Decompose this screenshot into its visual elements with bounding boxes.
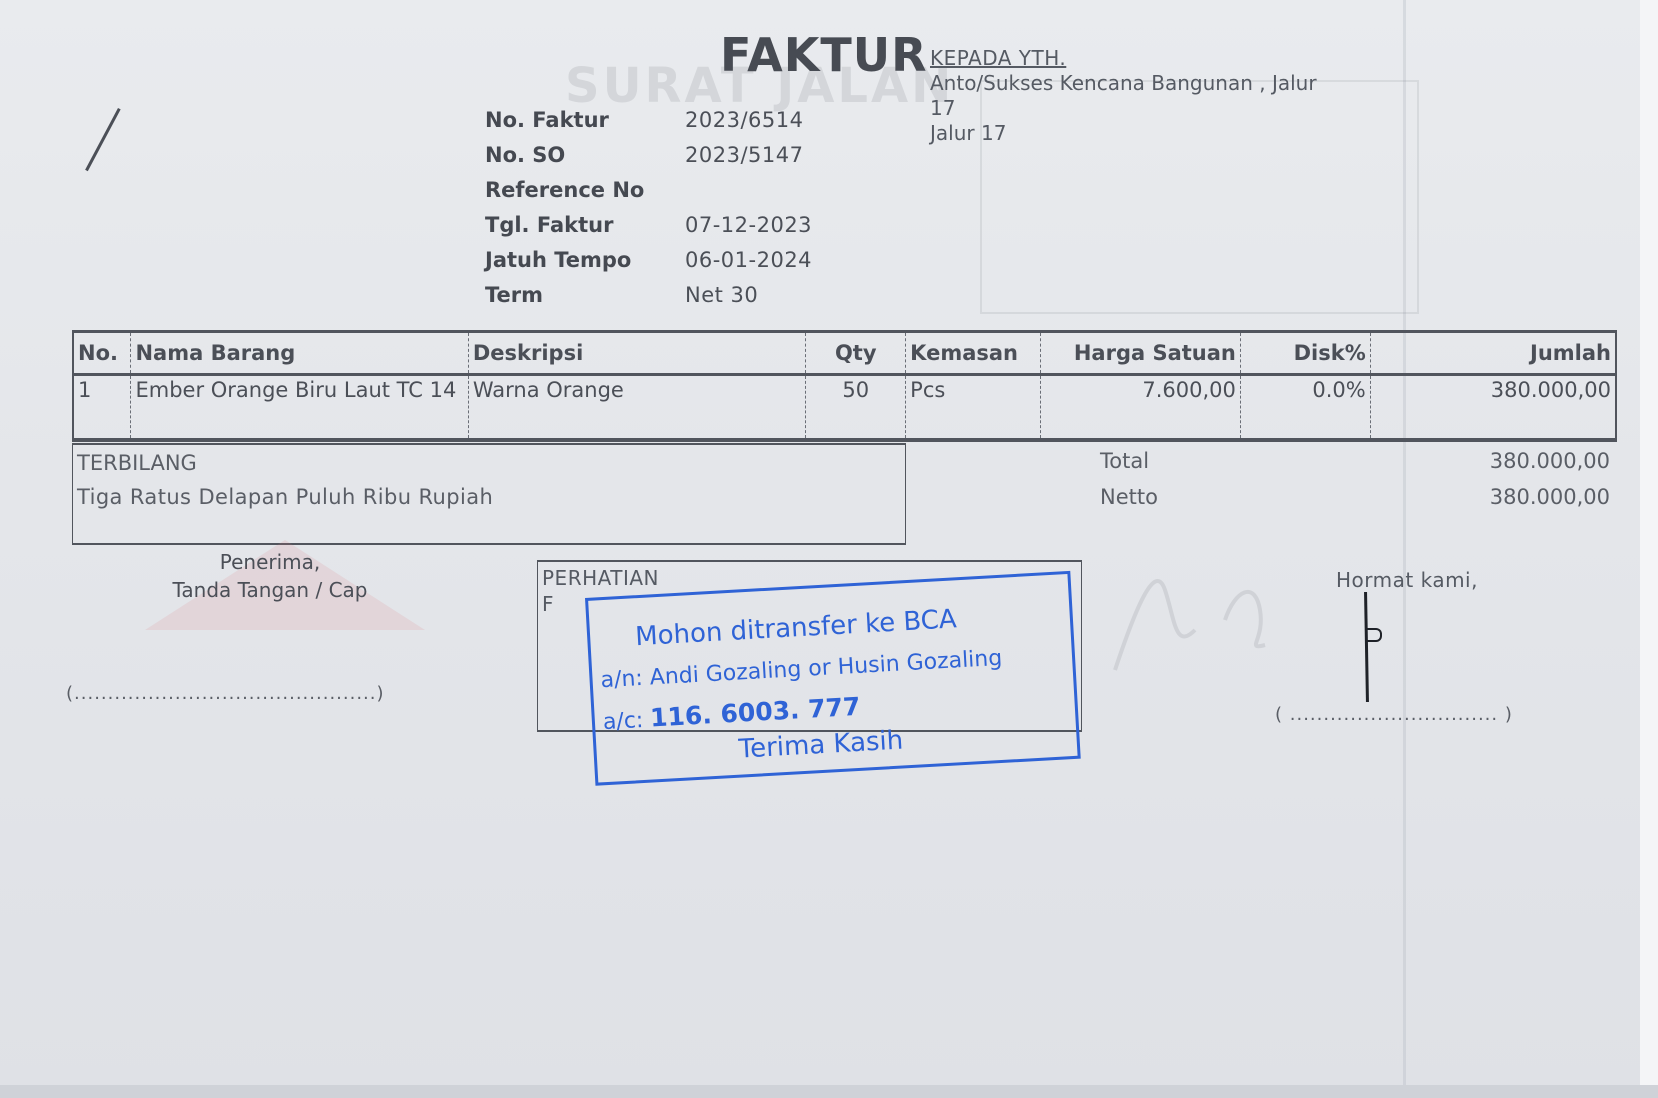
totals-block: Total 380.000,00 Netto 380.000,00 <box>1100 443 1610 515</box>
paper-edge <box>1640 0 1658 1098</box>
cell-harga-satuan: 7.600,00 <box>1041 375 1241 441</box>
col-header-kemasan: Kemasan <box>906 332 1041 375</box>
cell-qty: 50 <box>806 375 906 441</box>
cell-no: 1 <box>73 375 131 441</box>
cell-deskripsi: Warna Orange <box>468 375 805 441</box>
invoice-meta: No. Faktur 2023/6514 No. SO 2023/5147 Re… <box>485 102 812 312</box>
perhatian-label: PERHATIAN <box>542 566 659 590</box>
netto-label: Netto <box>1100 485 1158 509</box>
meta-value: 06-01-2024 <box>685 248 812 272</box>
cell-nama-barang: Ember Orange Biru Laut TC 14 <box>131 375 468 441</box>
meta-label: Term <box>485 283 685 307</box>
recipient-line: Anto/Sukses Kencana Bangunan , Jalur <box>930 71 1380 96</box>
meta-label: Tgl. Faktur <box>485 213 685 237</box>
recipient-block: KEPADA YTH. Anto/Sukses Kencana Bangunan… <box>930 46 1380 146</box>
sender-closing: Hormat kami, <box>1336 568 1478 592</box>
stamp-ac-number: 116. 6003. 777 <box>649 692 861 733</box>
recipient-line: 17 <box>930 96 1380 121</box>
total-value: 380.000,00 <box>1490 449 1610 473</box>
total-label: Total <box>1100 449 1149 473</box>
meta-row-jatuh-tempo: Jatuh Tempo 06-01-2024 <box>485 242 812 277</box>
netto-row: Netto 380.000,00 <box>1100 479 1610 515</box>
meta-label: No. Faktur <box>485 108 685 132</box>
meta-value: Net 30 <box>685 283 758 307</box>
paper-bottom-edge <box>0 1085 1658 1098</box>
col-header-harga-satuan: Harga Satuan <box>1041 332 1241 375</box>
signature-hook <box>1366 628 1382 642</box>
cell-kemasan: Pcs <box>906 375 1041 441</box>
meta-row-no-faktur: No. Faktur 2023/6514 <box>485 102 812 137</box>
receiver-block: Penerima, Tanda Tangan / Cap <box>120 548 420 604</box>
meta-row-tgl-faktur: Tgl. Faktur 07-12-2023 <box>485 207 812 242</box>
col-header-deskripsi: Deskripsi <box>468 332 805 375</box>
cell-disk: 0.0% <box>1240 375 1370 441</box>
cell-jumlah: 380.000,00 <box>1370 375 1616 441</box>
items-table: No. Nama Barang Deskripsi Qty Kemasan Ha… <box>72 330 1617 442</box>
meta-label: Jatuh Tempo <box>485 248 685 272</box>
receiver-signature-line: (.......................................… <box>66 683 385 704</box>
receiver-title: Penerima, <box>120 548 420 576</box>
meta-value: 2023/6514 <box>685 108 803 132</box>
signature-stroke <box>1364 592 1369 702</box>
table-row: 1 Ember Orange Biru Laut TC 14 Warna Ora… <box>73 375 1616 441</box>
stamp-line-account-number: a/c: 116. 6003. 777 <box>602 692 861 735</box>
meta-value: 07-12-2023 <box>685 213 812 237</box>
stamp-ac-prefix: a/c: <box>602 708 651 736</box>
meta-row-no-so: No. SO 2023/5147 <box>485 137 812 172</box>
col-header-nama-barang: Nama Barang <box>131 332 468 375</box>
meta-label: No. SO <box>485 143 685 167</box>
stamp-line-account-name: a/n: Andi Gozaling or Husin Gozaling <box>600 646 1003 693</box>
terbilang-text: Tiga Ratus Delapan Puluh Ribu Rupiah <box>77 485 493 509</box>
terbilang-label: TERBILANG <box>77 451 197 475</box>
col-header-qty: Qty <box>806 332 906 375</box>
col-header-jumlah: Jumlah <box>1370 332 1616 375</box>
ghost-signature-bleedthrough <box>1105 550 1285 680</box>
sender-signature-line: ( ............................... ) <box>1275 704 1513 725</box>
total-row: Total 380.000,00 <box>1100 443 1610 479</box>
meta-row-reference-no: Reference No <box>485 172 812 207</box>
recipient-heading: KEPADA YTH. <box>930 46 1380 71</box>
col-header-disk: Disk% <box>1240 332 1370 375</box>
bank-transfer-stamp: Mohon ditransfer ke BCA a/n: Andi Gozali… <box>585 571 1081 786</box>
meta-label: Reference No <box>485 178 685 202</box>
meta-row-term: Term Net 30 <box>485 277 812 312</box>
perhatian-text: F <box>542 592 554 616</box>
col-header-no: No. <box>73 332 131 375</box>
pen-mark <box>85 108 121 171</box>
netto-value: 380.000,00 <box>1490 485 1610 509</box>
meta-value: 2023/5147 <box>685 143 803 167</box>
recipient-line: Jalur 17 <box>930 121 1380 146</box>
stamp-line-thanks: Terima Kasih <box>738 725 904 764</box>
table-header-row: No. Nama Barang Deskripsi Qty Kemasan Ha… <box>73 332 1616 375</box>
receiver-subtitle: Tanda Tangan / Cap <box>120 576 420 604</box>
document-title: FAKTUR <box>720 28 928 82</box>
stamp-line-transfer: Mohon ditransfer ke BCA <box>634 604 957 652</box>
